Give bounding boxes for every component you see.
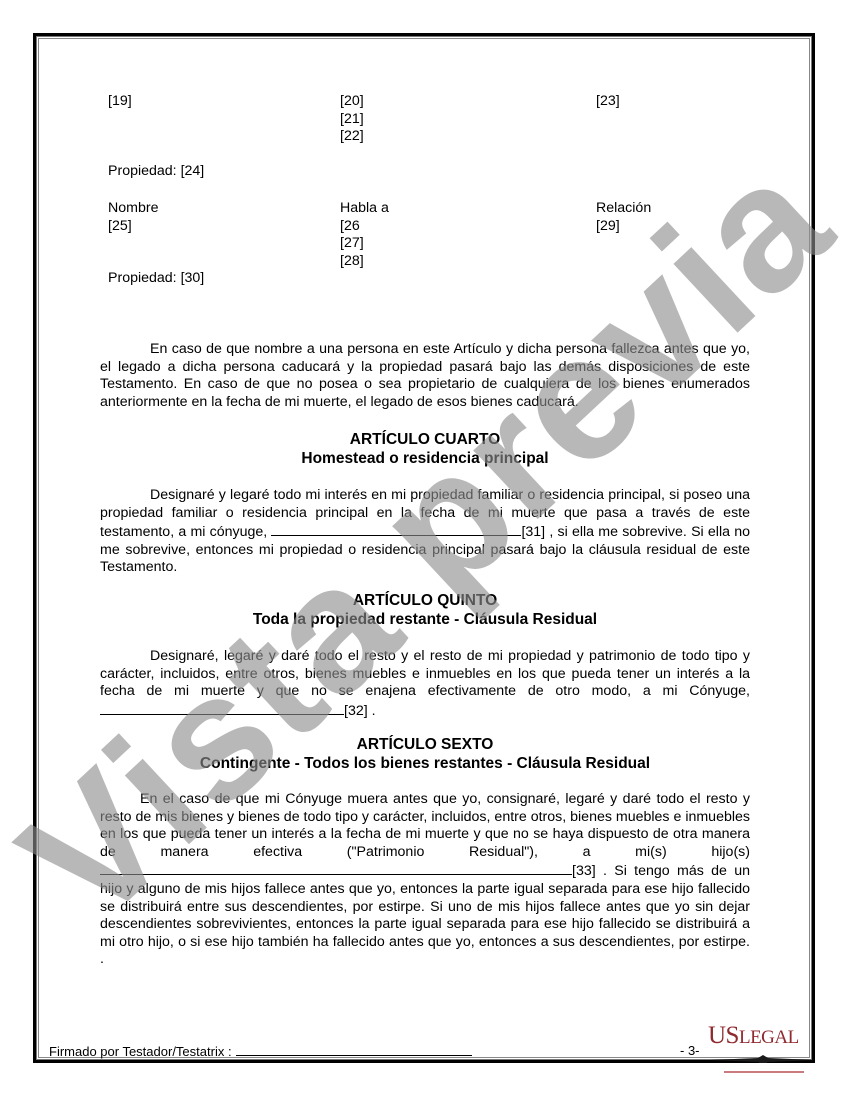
bequest-table-1: [19] [20] [21] [22] [23] Propiedad: [24]	[100, 93, 750, 181]
field-31: [31]	[521, 524, 545, 540]
header-relacion: Relación	[596, 200, 651, 218]
page-number: - 3-	[680, 1043, 700, 1058]
table1-col-relation: [23]	[596, 93, 620, 111]
eagle-wing-icon	[708, 1055, 818, 1063]
article-4-title: ARTÍCULO CUARTO	[100, 430, 750, 449]
article-5-title: ARTÍCULO QUINTO	[100, 591, 750, 610]
logo-underline	[724, 1071, 804, 1073]
uslegal-logo: USLEGAL	[708, 1024, 826, 1064]
field-19: [19]	[108, 93, 132, 111]
field-27: [27]	[340, 235, 389, 253]
table1-col-address: [20] [21] [22]	[340, 93, 364, 146]
article-6-title: ARTÍCULO SEXTO	[100, 735, 750, 754]
field-23: [23]	[596, 93, 620, 111]
article-4-paragraph: Designaré y legaré todo mi interés en mi…	[100, 487, 750, 577]
spouse-residual-blank[interactable]	[100, 701, 344, 715]
header-habla-a: Habla a	[340, 200, 389, 218]
logo-text: USLEGAL	[708, 1024, 826, 1050]
article-6-text-after: . Si tengo más de un hijo y alguno de mi…	[100, 863, 750, 967]
article-5-heading: ARTÍCULO QUINTO Toda la propiedad restan…	[100, 591, 750, 629]
field-22: [22]	[340, 128, 364, 146]
field-25: [25]	[108, 218, 158, 236]
signature-label: Firmado por Testador/Testatrix :	[49, 1044, 232, 1059]
table2-col-relation: Relación [29]	[596, 200, 651, 235]
lapse-paragraph: En caso de que nombre a una persona en e…	[100, 341, 750, 411]
table2-property: Propiedad: [30]	[100, 270, 750, 288]
header-nombre: Nombre	[108, 200, 158, 218]
field-33: [33]	[572, 863, 596, 879]
field-29: [29]	[596, 218, 651, 236]
article-6-text: En el caso de que mi Cónyuge muera antes…	[100, 791, 750, 860]
article-5-paragraph: Designaré, legaré y daré todo el resto y…	[100, 648, 750, 720]
article-5-text-after: .	[368, 703, 376, 719]
table2-col-address: Habla a [26 [27] [28]	[340, 200, 389, 270]
table1-col-name: [19]	[108, 93, 132, 111]
article-5-text: Designaré, legaré y daré todo el resto y…	[100, 648, 750, 699]
bequest-table-2: Nombre [25] Habla a [26 [27] [28] Relaci…	[100, 200, 750, 288]
field-20: [20]	[340, 93, 364, 111]
signature-line[interactable]	[236, 1043, 472, 1056]
field-32: [32]	[344, 703, 368, 719]
article-6-subtitle: Contingente - Todos los bienes restantes…	[100, 754, 750, 773]
field-26: [26	[340, 218, 389, 236]
article-5-subtitle: Toda la propiedad restante - Cláusula Re…	[100, 610, 750, 629]
spouse-name-blank[interactable]	[271, 522, 521, 536]
field-21: [21]	[340, 111, 364, 129]
article-4-heading: ARTÍCULO CUARTO Homestead o residencia p…	[100, 430, 750, 468]
field-28: [28]	[340, 253, 389, 271]
table2-col-name: Nombre [25]	[108, 200, 158, 235]
article-6-heading: ARTÍCULO SEXTO Contingente - Todos los b…	[100, 735, 750, 773]
article-6-paragraph: En el caso de que mi Cónyuge muera antes…	[100, 791, 750, 969]
children-names-blank[interactable]	[100, 861, 572, 875]
table1-property: Propiedad: [24]	[100, 163, 750, 181]
signature-footer: Firmado por Testador/Testatrix :	[49, 1043, 472, 1059]
article-4-subtitle: Homestead o residencia principal	[100, 449, 750, 468]
